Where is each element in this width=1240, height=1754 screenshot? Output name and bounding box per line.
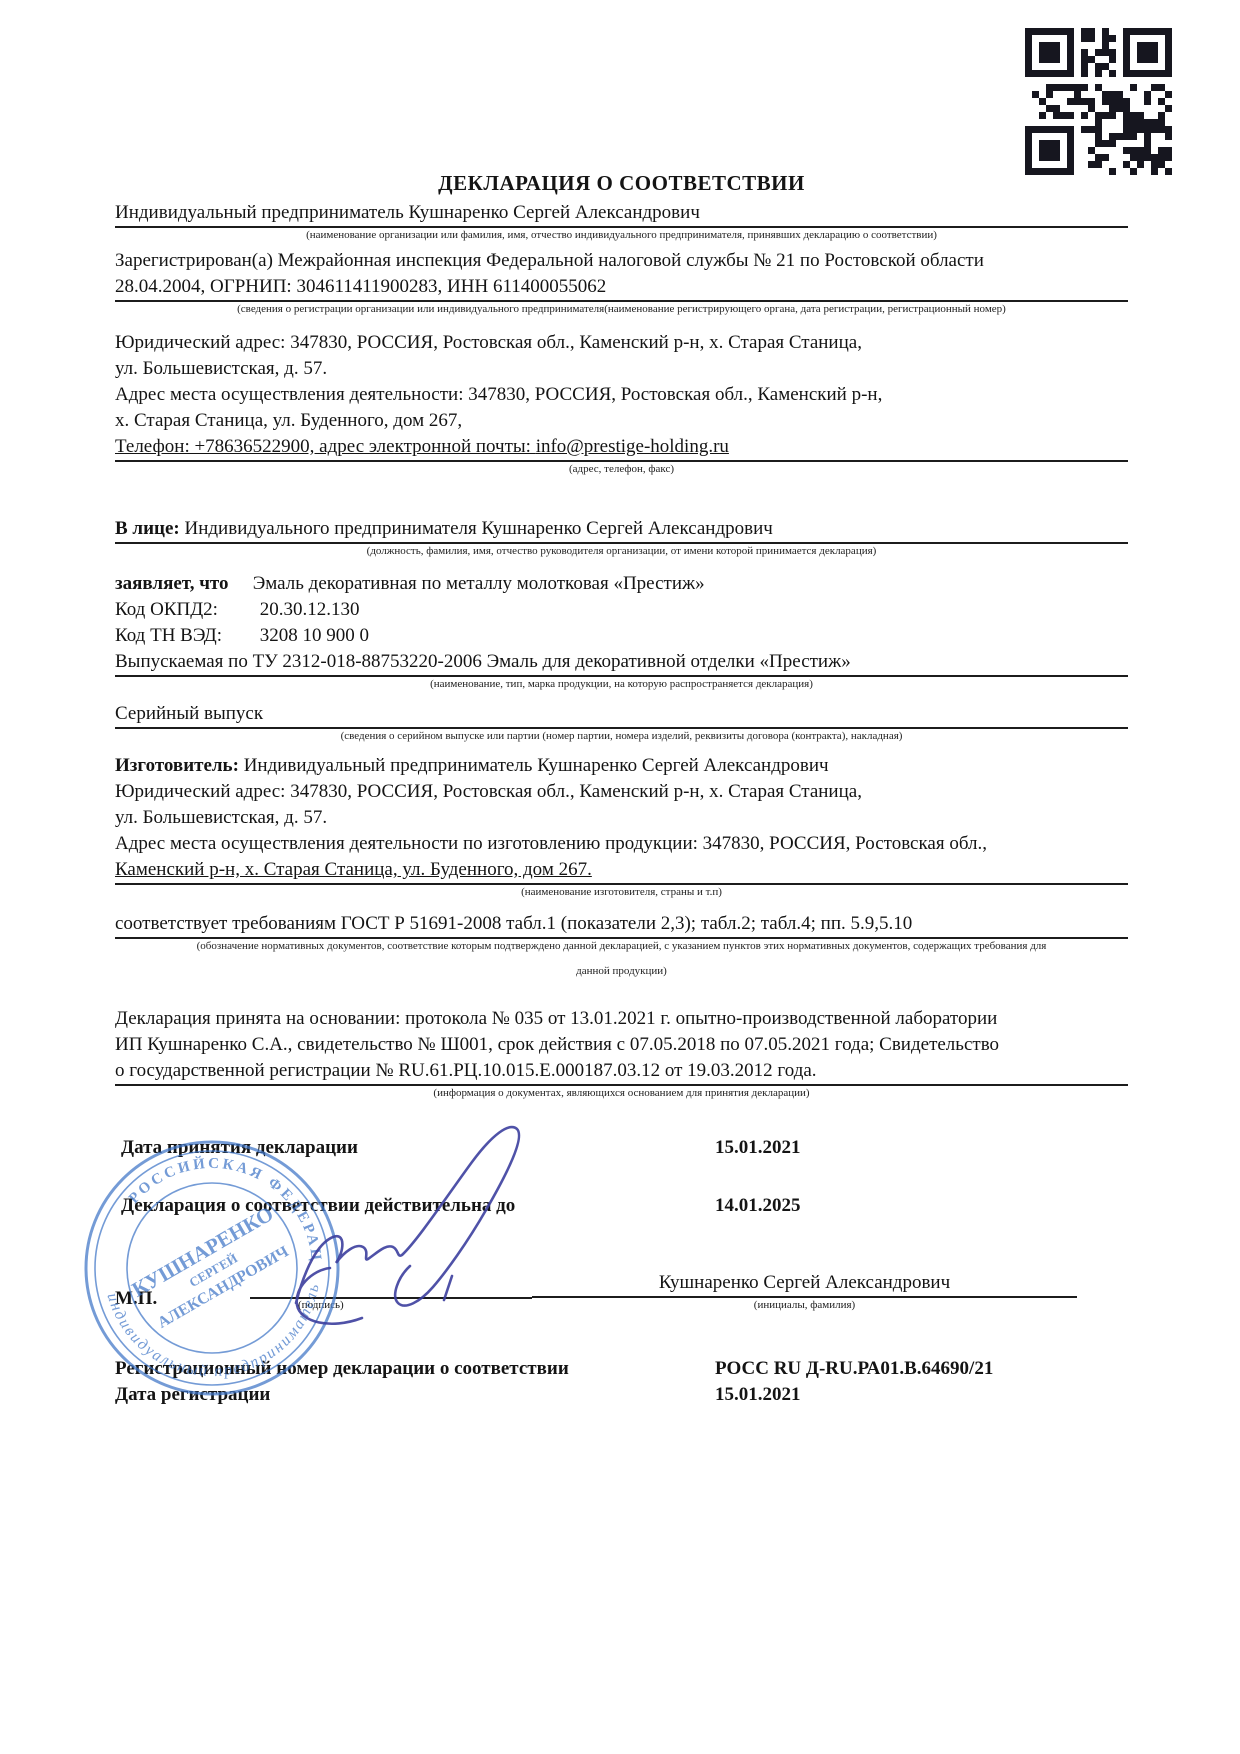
address-block: Юридический адрес: 347830, РОССИЯ, Росто… — [115, 330, 1128, 462]
email-text: info@prestige-holding.ru — [536, 436, 729, 457]
serial-line: Серийный выпуск — [115, 701, 1128, 729]
conformity-caption: (обозначение нормативных документов, соо… — [115, 939, 1128, 978]
conformity-caption-line: данной продукции) — [115, 965, 1128, 978]
declarant-name: Индивидуальный предприниматель Кушнаренк… — [115, 202, 700, 223]
basis-line: Декларация принята на основании: протоко… — [115, 1006, 1128, 1032]
serial-caption: (сведения о серийном выпуске или партии … — [115, 729, 1128, 743]
signer-name-caption: (инициалы, фамилия) — [532, 1298, 1077, 1312]
valid-until-value: 14.01.2025 — [715, 1193, 1128, 1219]
signer-name: Кушнаренко Сергей Александрович — [532, 1270, 1077, 1298]
address-line: Адрес места осуществления деятельности: … — [115, 382, 1128, 408]
document-content: ДЕКЛАРАЦИЯ О СООТВЕТСТВИИ Индивидуальный… — [115, 170, 1128, 1408]
signature-row: М.П. (подпись) Кушнаренко Сергей Алексан… — [115, 1267, 1128, 1312]
adoption-date-value: 15.01.2021 — [715, 1135, 1128, 1161]
product-caption: (наименование, тип, марка продукции, на … — [115, 677, 1128, 691]
basis-line: ИП Кушнаренко С.А., свидетельство № Ш001… — [115, 1032, 1128, 1058]
manufacturer-line: Юридический адрес: 347830, РОССИЯ, Росто… — [115, 779, 1128, 805]
basis-line: о государственной регистрации № RU.61.РЦ… — [115, 1058, 1128, 1084]
product-line: заявляет, что Эмаль декоративная по мета… — [115, 571, 1128, 597]
phone-line: Телефон: +78636522900, адрес электронной… — [115, 434, 1128, 460]
tu-line: Выпускаемая по ТУ 2312-018-88753220-2006… — [115, 649, 1128, 677]
conformity-line: соответствует требованиям ГОСТ Р 51691-2… — [115, 911, 1128, 939]
reg-number-value: РОСС RU Д-RU.РА01.В.64690/21 — [715, 1356, 1128, 1382]
valid-until-label: Декларация о соответствии действительна … — [121, 1193, 715, 1219]
manufacturer-block: Изготовитель: Индивидуальный предпринима… — [115, 753, 1128, 885]
tnved-label: Код ТН ВЭД: — [115, 623, 255, 649]
registration-line: 28.04.2004, ОГРНИП: 304611411900283, ИНН… — [115, 274, 1128, 300]
basis-block: Декларация принята на основании: протоко… — [115, 1006, 1128, 1086]
signer-name-cell: Кушнаренко Сергей Александрович (инициал… — [532, 1270, 1077, 1312]
reg-date-row: Дата регистрации 15.01.2021 — [115, 1382, 1128, 1408]
reg-date-value: 15.01.2021 — [715, 1382, 1128, 1408]
declarant-caption: (наименование организации или фамилия, и… — [115, 228, 1128, 242]
qr-code — [1025, 28, 1172, 175]
tnved-value: 3208 10 900 0 — [260, 625, 369, 646]
manufacturer-line: ул. Большевистская, д. 57. — [115, 805, 1128, 831]
registration-block: Зарегистрирован(а) Межрайонная инспекция… — [115, 248, 1128, 302]
person-line: В лице: Индивидуального предпринимателя … — [115, 516, 1128, 544]
registration-caption: (сведения о регистрации организации или … — [115, 302, 1128, 316]
signature-line — [250, 1267, 532, 1299]
okpd2-label: Код ОКПД2: — [115, 597, 255, 623]
declarant-line: Индивидуальный предприниматель Кушнаренк… — [115, 200, 1128, 228]
product-block: заявляет, что Эмаль декоративная по мета… — [115, 571, 1128, 677]
adoption-date-label: Дата принятия декларации — [121, 1135, 715, 1161]
okpd2-line: Код ОКПД2: 20.30.12.130 — [115, 597, 1128, 623]
address-line: ул. Большевистская, д. 57. — [115, 356, 1128, 382]
address-line: х. Старая Станица, ул. Буденного, дом 26… — [115, 408, 1128, 434]
declares-label: заявляет, что — [115, 571, 248, 597]
signature-caption: (подпись) — [250, 1299, 532, 1312]
tnved-line: Код ТН ВЭД: 3208 10 900 0 — [115, 623, 1128, 649]
signature-cell: (подпись) — [250, 1267, 532, 1312]
address-line: Юридический адрес: 347830, РОССИЯ, Росто… — [115, 330, 1128, 356]
manufacturer-label: Изготовитель: — [115, 753, 239, 779]
reg-number-row: Регистрационный номер декларации о соотв… — [115, 1356, 1128, 1382]
person-value: Индивидуального предпринимателя Кушнарен… — [185, 518, 773, 539]
declaration-document: ДЕКЛАРАЦИЯ О СООТВЕТСТВИИ Индивидуальный… — [0, 0, 1240, 1754]
manufacturer-last-line: Каменский р-н, х. Старая Станица, ул. Бу… — [115, 857, 1128, 885]
adoption-date-row: Дата принятия декларации 15.01.2021 — [115, 1135, 1128, 1161]
reg-date-label: Дата регистрации — [115, 1382, 715, 1408]
reg-number-label: Регистрационный номер декларации о соотв… — [115, 1356, 715, 1382]
basis-caption: (информация о документах, являющихся осн… — [115, 1086, 1128, 1100]
manufacturer-name: Индивидуальный предприниматель Кушнаренк… — [244, 755, 829, 776]
person-caption: (должность, фамилия, имя, отчество руков… — [115, 544, 1128, 558]
valid-until-row: Декларация о соответствии действительна … — [115, 1193, 1128, 1219]
manufacturer-line: Адрес места осуществления деятельности п… — [115, 831, 1128, 857]
manufacturer-caption: (наименование изготовителя, страны и т.п… — [115, 885, 1128, 899]
conformity-caption-line: (обозначение нормативных документов, соо… — [115, 940, 1128, 953]
page-title: ДЕКЛАРАЦИЯ О СООТВЕТСТВИИ — [115, 170, 1128, 196]
person-label: В лице: — [115, 516, 180, 542]
address-caption: (адрес, телефон, факс) — [115, 462, 1128, 476]
okpd2-value: 20.30.12.130 — [260, 599, 360, 620]
manufacturer-line: Изготовитель: Индивидуальный предпринима… — [115, 753, 1128, 779]
phone-text: Телефон: +78636522900, адрес электронной… — [115, 436, 536, 457]
stamp-place-label: М.П. — [115, 1286, 160, 1312]
product-name: Эмаль декоративная по металлу молотковая… — [253, 573, 705, 594]
registration-line: Зарегистрирован(а) Межрайонная инспекция… — [115, 248, 1128, 274]
